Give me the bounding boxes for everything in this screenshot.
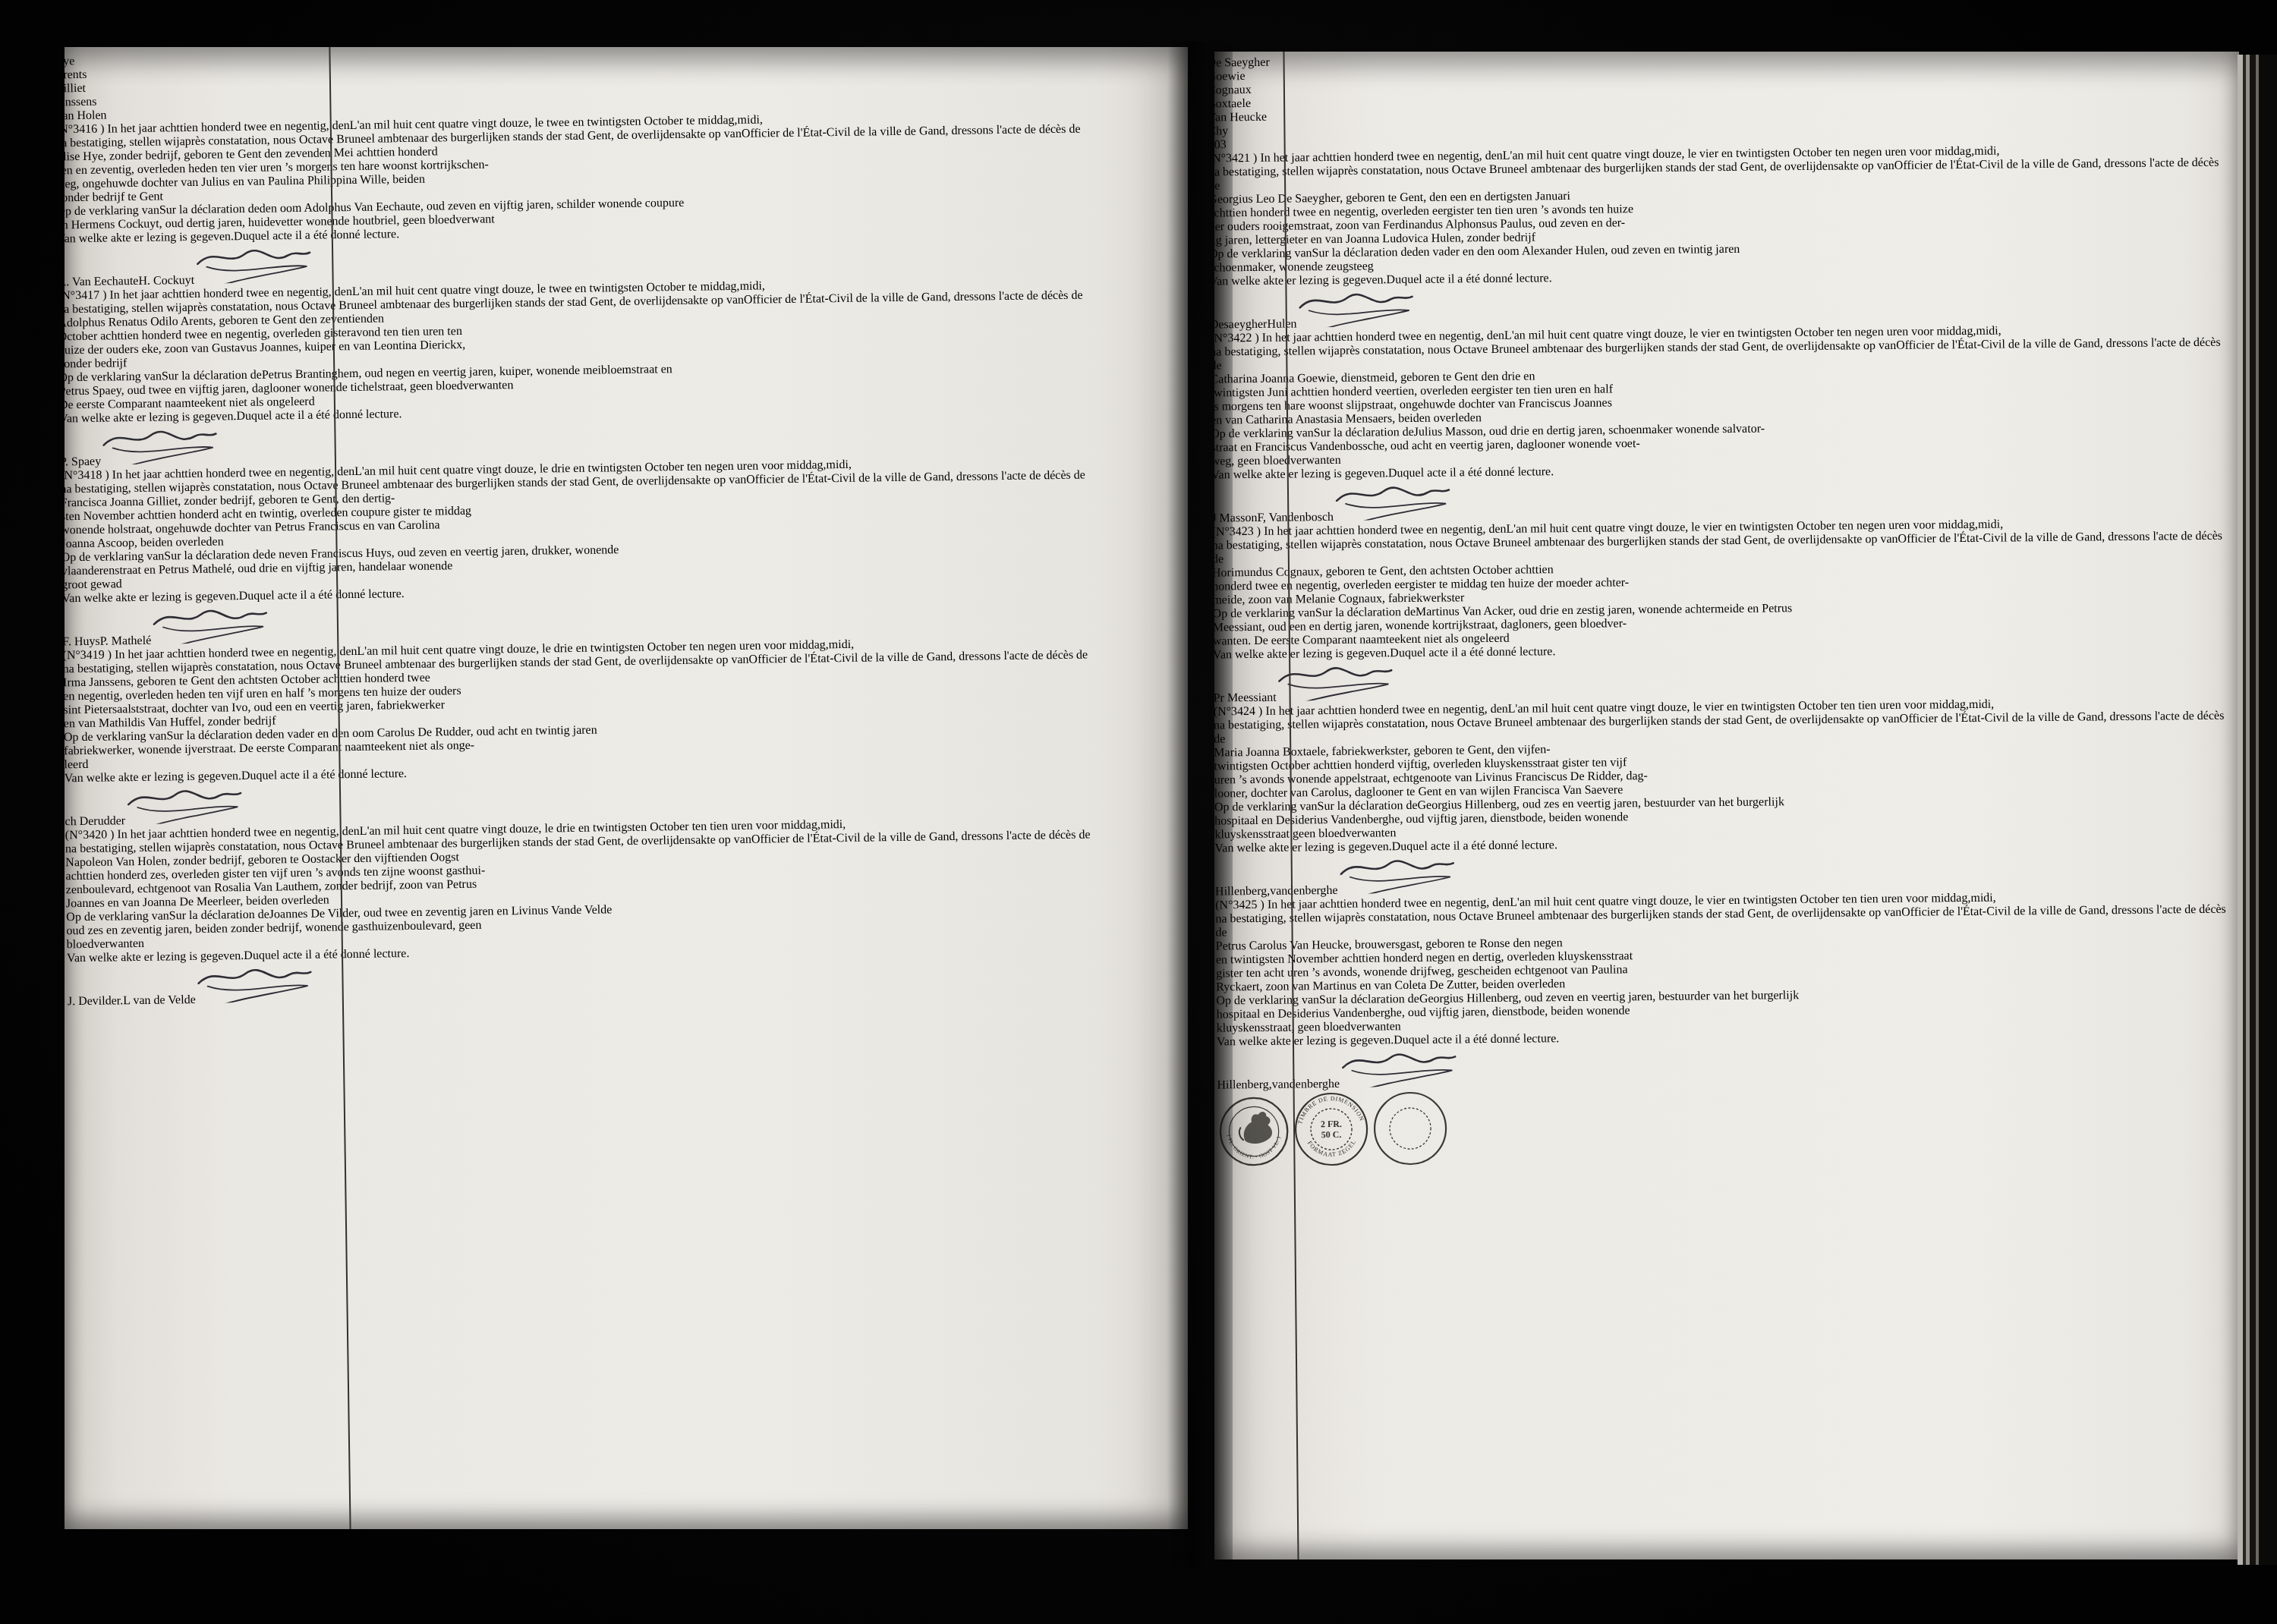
handwritten-date: vier en twintigsten October ten negen ur…: [1699, 145, 1932, 160]
year-label-fr: L'an mil huit cent quatre vingt douze, l…: [357, 642, 550, 658]
noon-label-fr: midi,: [1969, 698, 1995, 711]
witness-signature: A. Van Eechaute: [65, 275, 139, 288]
declaration-text: Julius Masson, oud drie en dertig jaren,…: [1414, 422, 1765, 438]
attest-label-nl: na bestatiging, stellen wij: [65, 135, 180, 149]
lecture-printed-label: Van welke akte er lezing is gegeven.Duqu…: [1214, 272, 1552, 288]
year-label-fr: L'an mil huit cent quatre vingt douze, l…: [350, 116, 543, 132]
witness-signature: P. Spaey: [65, 455, 101, 469]
closing-paren: ): [108, 648, 112, 661]
lecture-label-fr: Duquel acte il a été donné lecture.: [1392, 839, 1557, 853]
lecture-label-nl: Van welke akte er lezing is gegeven.: [65, 590, 239, 605]
handwritten-officer-name: Octave Bruneel: [1455, 536, 1531, 549]
deceased-name: Georgius Leo De Saeygher: [1214, 192, 1340, 206]
declaration-printed-label: Op de verklaring vanSur la déclaration d…: [1214, 246, 1412, 261]
deceased-name: Irma Janssens: [65, 675, 131, 689]
body-text: Joanna Ascoop, beiden overleden: [65, 535, 224, 550]
closing-paren: ): [100, 123, 105, 136]
attest-label-nl: na bestatiging, stellen wij: [65, 841, 190, 855]
handwritten-date: twee en twintigsten October te: [546, 115, 695, 130]
year-label-fr: L'an mil huit cent quatre vingt douze, l…: [1510, 894, 1703, 908]
noon-printed-label: middag,midi,: [1935, 145, 2000, 159]
death-record-entry: (N°3422 ) In het jaar achttien honderd t…: [1214, 323, 2236, 526]
partial-overlapping-stamp: [1372, 1091, 1449, 1167]
number-prefix: (N°: [65, 289, 75, 302]
closing-paren: ): [105, 468, 109, 481]
attest-label-fr: après constatation, nous: [1334, 343, 1450, 357]
noon-label-nl: middag,: [1938, 518, 1978, 531]
decl-label-fr: Sur la déclaration de: [169, 908, 269, 923]
entry-number-value: 3424: [1231, 705, 1255, 718]
handwritten-officer-name: Octave Bruneel: [1459, 909, 1535, 923]
decl-label-fr: Sur la déclaration de: [1319, 993, 1419, 1006]
declaration-text: bloedverwanten: [67, 937, 144, 951]
lecture-label-fr: Duquel acte il a été donné lecture.: [239, 587, 405, 603]
declaration-text: kluyskensstraat, geen bloedverwanten: [1217, 1020, 1401, 1034]
death-record-entry: (N°3421 ) In het jaar achttien honderd t…: [1214, 143, 2234, 332]
deceased-name: Francisca Joanna Gilliet: [65, 495, 178, 509]
decl-label-nl: Op de verklaring van: [65, 370, 162, 384]
noon-label-nl: middag,: [1936, 325, 1976, 338]
entry-number-value: 3419: [80, 649, 105, 662]
declaration-text: Georgius Hillenberg, oud zes en veertig …: [1417, 795, 1784, 812]
lecture-printed-label: Van welke akte er lezing is gegeven.Duqu…: [1214, 839, 1557, 854]
deceased-name: Elise Hye: [65, 150, 103, 164]
handwritten-officer-name: Octave Bruneel: [309, 838, 385, 851]
timbre-value-line1: 2 FR.: [1321, 1119, 1342, 1129]
book-spine-edge: [47, 53, 65, 1541]
attest-label-nl: na bestatiging, stellen wij: [1214, 718, 1338, 732]
deceased-name: Napoleon Van Holen: [65, 854, 167, 869]
lecture-label-fr: Duquel acte il a été donné lecture.: [1394, 1032, 1559, 1046]
entry-number: (N°3420: [65, 829, 108, 842]
witness-signature: F. Huys: [65, 635, 100, 649]
closing-paren: ): [110, 828, 115, 841]
lecture-printed-label: Van welke akte er lezing is gegeven.Duqu…: [1214, 465, 1554, 481]
right-register-page: De Saeygher Goewie Cognaux Boxtaele Van …: [1214, 52, 2239, 1559]
attest-label-fr: après constatation, nous: [1337, 716, 1453, 730]
handwritten-officer-name: Octave Bruneel: [299, 133, 375, 146]
svg-text:FORMAAT ZEGEL: FORMAAT ZEGEL: [1306, 1138, 1358, 1158]
noon-label-nl: middag,: [1935, 145, 1974, 158]
noon-printed-label: middag,midi,: [1929, 698, 1995, 712]
officer-paraph-signature: [194, 243, 317, 284]
body-text: zonder bedrijf te Gent: [65, 190, 163, 204]
attest-printed-label: na bestatiging, stellen wijaprès constat…: [1214, 163, 1449, 178]
death-record-entry: (N°3417 ) In het jaar achttien honderd t…: [65, 274, 1183, 470]
death-record-entry: (N°3423 ) In het jaar achttien honderd t…: [1214, 516, 2238, 706]
entry-number-value: 3416: [73, 123, 97, 136]
officer-label-nl: ambtenaar des burgerlijken stands der st…: [1538, 906, 1901, 923]
declaration-printed-label: Op de verklaring vanSur la déclaration d…: [1214, 426, 1414, 441]
noon-printed-label: middag,midi,: [1931, 892, 1996, 905]
year-label-nl: In het jaar achttien honderd twee en neg…: [1264, 523, 1507, 538]
witness-signature: L van de Velde: [123, 993, 196, 1007]
decl-label-fr: Sur la déclaration de: [162, 369, 262, 383]
witness-signature: vandenberghe: [1272, 1078, 1340, 1091]
witness-signature: ch Derudder: [65, 814, 125, 828]
noon-label-nl: middag,: [781, 818, 820, 832]
attest-label-fr: après constatation, nous: [179, 134, 296, 148]
year-label-nl: In het jaar achttien honderd twee en neg…: [1268, 896, 1510, 911]
decl-label-fr: Sur la déclaration de: [159, 203, 260, 217]
noon-label-fr: midi,: [737, 113, 763, 126]
declaration-printed-label: Op de verklaring vanSur la déclaration d…: [1214, 606, 1416, 621]
attest-label-fr: après constatation, nous: [1332, 163, 1448, 177]
declaration-text: weg, geen bloedverwanten: [1214, 454, 1341, 468]
officer-label-nl: ambtenaar des burgerlijken stands der st…: [1534, 533, 1897, 549]
officer-paraph-signature: [124, 783, 247, 824]
declaration-text: den vader en den oom Alexander Hulen, ou…: [1412, 243, 1740, 259]
closing-paren: ): [1257, 525, 1261, 538]
noon-printed-label: middag,midi,: [700, 279, 765, 293]
noon-label-fr: midi,: [1974, 145, 2000, 158]
noon-label-fr: midi,: [1978, 518, 2004, 530]
death-record-entry: (N°3416 ) In het jaar achttien honderd t…: [65, 108, 1181, 290]
body-text: , geboren te Gent den zeventienden: [213, 312, 384, 327]
decl-label-fr: Sur la déclaration de: [1315, 606, 1416, 619]
declaration-printed-label: Op de verklaring vanSur la déclaration d…: [1214, 799, 1418, 814]
number-prefix: (N°: [65, 469, 78, 482]
body-text: , geboren te Gent, den een en dertigsten…: [1340, 190, 1570, 205]
noon-printed-label: middag,midi,: [781, 818, 846, 832]
closing-paren: ): [1258, 705, 1262, 718]
entry-number-value: 3420: [83, 829, 107, 842]
handwritten-officer-name: Octave Bruneel: [1457, 716, 1533, 729]
attest-label-nl: na bestatiging, stellen wij: [65, 481, 184, 496]
year-label-fr: L'an mil huit cent quatre vingt douze, l…: [1504, 327, 1698, 341]
declaration-text: kluyskensstraat geen bloedverwanten: [1214, 826, 1396, 841]
noon-label-fr: midi,: [1970, 892, 1996, 905]
officer-label-nl: ambtenaar des burgerlijken stands der st…: [1536, 713, 1900, 729]
body-text: meide, zoon van Melanie Cognaux, fabriek…: [1214, 591, 1464, 606]
attest-label-nl: na bestatiging, stellen wij: [65, 661, 187, 675]
decl-label-nl: Op de verklaring van: [65, 729, 167, 744]
lecture-label-nl: Van welke akte er lezing is gegeven.: [65, 770, 241, 785]
declaration-text: schoenmaker, wonende zeugsteeg: [1214, 260, 1374, 274]
deceased-name: Petrus Carolus Van Heucke: [1216, 939, 1349, 953]
noon-printed-label: middag,midi,: [1938, 518, 2004, 531]
officer-paraph-signature: [151, 603, 273, 644]
witness-signature: J. Devilder.: [68, 994, 124, 1008]
attest-printed-label: na bestatiging, stellen wijaprès constat…: [1214, 343, 1450, 358]
attest-label-fr: après constatation, nous: [182, 300, 299, 314]
attest-label-nl: na bestatiging, stellen wij: [1215, 911, 1340, 926]
noon-label-nl: middag,: [1931, 892, 1970, 905]
year-label-nl: In het jaar achttien honderd twee en neg…: [1260, 149, 1503, 165]
attest-label-fr: après constatation, nous: [189, 839, 306, 854]
year-label-fr: L'an mil huit cent quatre vingt douze, l…: [352, 282, 546, 298]
body-text: , dienstmeid, geboren te Gent den drie e…: [1335, 370, 1535, 385]
decl-label-nl: Op de verklaring van: [66, 909, 169, 924]
timbre-bottom-text: FORMAAT ZEGEL: [1306, 1138, 1358, 1158]
officer-label-nl: ambtenaar des burgerlijken stands der st…: [1531, 159, 1894, 176]
entry-number-value: 3418: [77, 469, 102, 482]
lecture-label-fr: Duquel acte il a été donné lecture.: [1388, 465, 1554, 480]
lecture-label-nl: Van welke akte er lezing is gegeven.: [1214, 840, 1391, 854]
death-record-entry: (N°3425 ) In het jaar achttien honderd t…: [1215, 889, 2239, 1093]
officer-label-nl: ambtenaar des burgerlijken stands der st…: [1532, 339, 1896, 356]
handwritten-date: vier en twintigsten October ten tien ure…: [1706, 892, 1928, 907]
closing-paren: ): [1260, 899, 1264, 911]
handwritten-officer-name: Octave Bruneel: [306, 658, 382, 672]
lecture-label-fr: Duquel acte il a été donné lecture.: [234, 228, 399, 243]
lecture-printed-label: Van welke akte er lezing is gegeven.Duqu…: [1217, 1032, 1560, 1048]
declaration-text: Martinus Van Acker, oud drie en zestig j…: [1416, 602, 1792, 618]
body-text: zonder bedrijf: [65, 357, 127, 370]
attest-label-nl: na bestatiging, stellen wij: [65, 301, 182, 316]
entry-number-value: 3417: [75, 289, 99, 302]
decl-label-fr: Sur la déclaration de: [1317, 799, 1417, 813]
declaration-text: leerd: [65, 758, 89, 771]
timbre-de-dimension-stamp: TIMBRE DE DIMENSION FORMAAT ZEGEL 2 FR. …: [1293, 1091, 1370, 1168]
body-text: , fabriekwerkster, geboren te Gent, den …: [1326, 743, 1551, 758]
entry-number-value: 3423: [1230, 525, 1254, 538]
closing-paren: ): [1253, 152, 1257, 165]
number-prefix: (N°: [65, 649, 80, 662]
closing-paren: ): [102, 288, 107, 301]
noon-label-fr: midi,: [820, 818, 846, 831]
handwritten-date: vier en twintigsten October ten negen ur…: [1701, 325, 1933, 340]
noon-label-fr: midi,: [829, 638, 855, 651]
year-label-fr: L'an mil huit cent quatre vingt douze, l…: [354, 462, 548, 478]
noon-label-nl: middag,: [698, 114, 737, 127]
death-record-entry: (N°3418 ) In het jaar achttien honderd t…: [65, 454, 1186, 650]
signatures-row: Hillenberg,vandenberghe: [1217, 1040, 2239, 1093]
officer-paraph-signature: [100, 423, 222, 464]
officer-paraph-signature: [195, 962, 317, 1003]
decl-label-fr: Sur la déclaration de: [1312, 246, 1412, 260]
death-record-entry: (N°3424 ) In het jaar achttien honderd t…: [1214, 696, 2239, 899]
decl-label-nl: Op de verklaring van: [65, 204, 159, 219]
book-gutter-shadow: [1167, 42, 1233, 1567]
lecture-label-nl: Van welke akte er lezing is gegeven.: [1214, 273, 1387, 288]
witness-signature: vandenberghe: [1270, 884, 1338, 898]
noon-label-fr: midi,: [739, 279, 765, 292]
attest-label-nl: na bestatiging, stellen wij: [1214, 538, 1336, 552]
officer-paraph-signature: [1337, 853, 1459, 894]
handwritten-date: twee en twintigsten October te: [549, 281, 698, 296]
register-book-scan: Hye Arents Gilliet Janssens Van Holen (N…: [0, 0, 2277, 1624]
body-text: , geboren te Gent, den achtsten October …: [1320, 563, 1554, 578]
officer-paraph-signature: [1296, 287, 1418, 328]
noon-printed-label: middag,midi,: [1936, 324, 2001, 338]
witness-signature: H. Cockuyt: [138, 274, 194, 288]
noon-label-nl: middag,: [1929, 698, 1969, 711]
lecture-label-nl: Van welke akte er lezing is gegeven.: [65, 410, 236, 425]
deceased-name: Adolphus Renatus Odilo Arents: [65, 315, 213, 330]
decl-label-fr: Sur la déclaration de: [1314, 426, 1414, 439]
handwritten-officer-name: Octave Bruneel: [301, 299, 377, 313]
attest-label-fr: après constatation, nous: [184, 480, 301, 494]
entry-number: (N°3418: [65, 469, 102, 483]
officer-paraph-signature: [1340, 1046, 1461, 1087]
noon-label-fr: midi,: [826, 458, 852, 471]
noon-printed-label: middag,midi,: [786, 458, 852, 472]
attest-label-fr: après constatation, nous: [1340, 910, 1456, 924]
handwritten-date: vier en twintigsten October ten tien ure…: [1705, 698, 1926, 713]
body-text: , brouwersgast, geboren te Ronse den neg…: [1349, 936, 1563, 952]
declaration-text: Georgius Hillenberg, oud zeven en veerti…: [1419, 989, 1799, 1006]
entry-number: (N°3416: [65, 123, 97, 137]
body-text: en van Catharina Anastasia Mensaers, bei…: [1214, 411, 1482, 426]
page-stack-edge: [2238, 55, 2277, 1565]
handwritten-date: vier en twintigsten October ten negen ur…: [1703, 518, 1935, 533]
year-label-fr: L'an mil huit cent quatre vingt douze, l…: [1503, 147, 1696, 162]
number-prefix: (N°: [65, 123, 73, 136]
noon-label-fr: midi,: [1976, 324, 2001, 337]
noon-printed-label: middag,midi,: [789, 638, 855, 652]
attest-printed-label: na bestatiging, stellen wijaprès constat…: [1214, 537, 1453, 552]
declaration-printed-label: Op de verklaring vanSur la déclaration d…: [1216, 993, 1419, 1008]
entry-number: (N°3417: [65, 289, 99, 303]
closing-paren: ): [1255, 332, 1258, 345]
entry-number: (N°3419: [65, 649, 105, 663]
witness-signature: F, Vandenbosch: [1257, 511, 1334, 524]
death-record-entry: (N°3419 ) In het jaar achttien honderd t…: [65, 634, 1188, 829]
year-label-fr: L'an mil huit cent quatre vingt douze, l…: [1508, 700, 1702, 715]
attest-printed-label: na bestatiging, stellen wijaprès constat…: [1214, 716, 1454, 732]
year-label-nl: In het jaar achttien honderd twee en neg…: [1262, 329, 1505, 345]
attest-label-fr: après constatation, nous: [187, 659, 304, 674]
officer-paraph-signature: [1334, 480, 1455, 521]
witness-signature: P. Mathelé: [100, 634, 152, 648]
noon-printed-label: middag,midi,: [698, 113, 763, 127]
lecture-printed-label: Van welke akte er lezing is gegeven.Duqu…: [1214, 645, 1555, 661]
year-label-fr: L'an mil huit cent quatre vingt douze, l…: [1506, 521, 1699, 535]
handwritten-officer-name: Octave Bruneel: [1452, 162, 1528, 176]
lecture-label-nl: Van welke akte er lezing is gegeven.: [1214, 647, 1390, 661]
lecture-label-fr: Duquel acte il a été donné lecture.: [244, 947, 409, 962]
decl-label-nl: Op de verklaring van: [65, 549, 164, 564]
noon-label-nl: middag,: [786, 458, 826, 472]
lecture-label-nl: Van welke akte er lezing is gegeven.: [65, 230, 234, 245]
decl-label-fr: Sur la déclaration de: [166, 729, 266, 743]
lecture-label-nl: Van welke akte er lezing is gegeven.: [1217, 1034, 1394, 1048]
lecture-label-fr: Duquel acte il a été donné lecture.: [1386, 272, 1551, 286]
year-label-fr: L'an mil huit cent quatre vingt douze, l…: [360, 822, 553, 838]
death-record-entry: (N°3420 ) In het jaar achttien honderd t…: [65, 814, 1188, 1009]
entry-number-value: 3425: [1233, 899, 1257, 911]
lecture-label-nl: Van welke akte er lezing is gegeven.: [1214, 467, 1388, 481]
lecture-label-fr: Duquel acte il a été donné lecture.: [236, 408, 402, 423]
declaration-text: groot gewad: [65, 578, 122, 591]
witness-signature: Hulen: [1267, 317, 1296, 330]
year-label-nl: In het jaar achttien honderd twee en neg…: [1265, 703, 1508, 718]
lecture-label-fr: Duquel acte il a été donné lecture.: [1390, 645, 1555, 659]
handwritten-officer-name: Octave Bruneel: [304, 478, 379, 492]
number-prefix: (N°: [65, 829, 83, 842]
lecture-label-nl: Van welke akte er lezing is gegeven.: [67, 949, 244, 965]
lion-figure: [1244, 1112, 1273, 1144]
handwritten-officer-name: Octave Bruneel: [1453, 342, 1529, 356]
noon-label-nl: middag,: [700, 280, 739, 294]
noon-label-nl: middag,: [789, 638, 829, 652]
left-register-page: Hye Arents Gilliet Janssens Van Holen (N…: [65, 47, 1188, 1529]
officer-paraph-signature: [1276, 660, 1397, 701]
attest-label-fr: après constatation, nous: [1336, 537, 1452, 550]
timbre-value-line2: 50 C.: [1321, 1129, 1342, 1140]
lecture-label-fr: Duquel acte il a été donné lecture.: [241, 767, 407, 782]
attest-printed-label: na bestatiging, stellen wijaprès constat…: [1215, 910, 1456, 925]
decl-label-fr: Sur la déclaration de: [164, 549, 264, 563]
